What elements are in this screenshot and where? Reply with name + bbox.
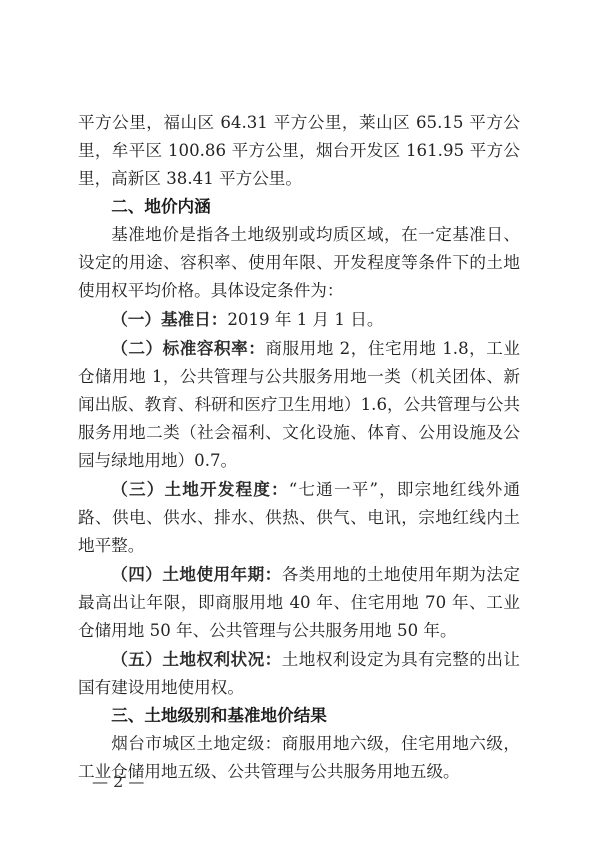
- item-label: （一）基准日：: [111, 309, 227, 329]
- paragraph-area-continuation: 平方公里，福山区 64.31 平方公里，莱山区 65.15 平方公里，牟平区 1…: [78, 109, 520, 193]
- item-land-rights: （五）土地权利状况：土地权利设定为具有完整的出让国有建设用地使用权。: [78, 645, 520, 702]
- section-heading-land-price-meaning: 二、地价内涵: [78, 193, 520, 221]
- item-land-use-term: （四）土地使用年期：各类用地的土地使用年期为法定最高出让年限，即商服用地 40 …: [78, 560, 520, 645]
- item-base-date: （一）基准日：2019 年 1 月 1 日。: [78, 305, 520, 334]
- section-heading-land-grade-results: 三、土地级别和基准地价结果: [78, 702, 520, 730]
- item-label: （五）土地权利状况：: [111, 649, 282, 669]
- item-text: 2019 年 1 月 1 日。: [227, 310, 383, 329]
- item-development-level: （三）土地开发程度：“七通一平”，即宗地红线外通路、供电、供水、排水、供热、供气…: [78, 475, 520, 560]
- item-label: （四）土地使用年期：: [111, 564, 282, 584]
- page-number: — 2 —: [92, 772, 144, 791]
- item-floor-area-ratio: （二）标准容积率：商服用地 2，住宅用地 1.8，工业仓储用地 1，公共管理与公…: [78, 334, 520, 475]
- paragraph-base-price-definition: 基准地价是指各土地级别或均质区域，在一定基准日、设定的用途、容积率、使用年限、开…: [78, 221, 520, 305]
- document-body: 平方公里，福山区 64.31 平方公里，莱山区 65.15 平方公里，牟平区 1…: [78, 109, 520, 786]
- item-label: （二）标准容积率：: [111, 338, 265, 358]
- item-label: （三）土地开发程度：: [111, 479, 289, 499]
- item-text: 商服用地 2，住宅用地 1.8，工业仓储用地 1，公共管理与公共服务用地一类（机…: [78, 339, 520, 470]
